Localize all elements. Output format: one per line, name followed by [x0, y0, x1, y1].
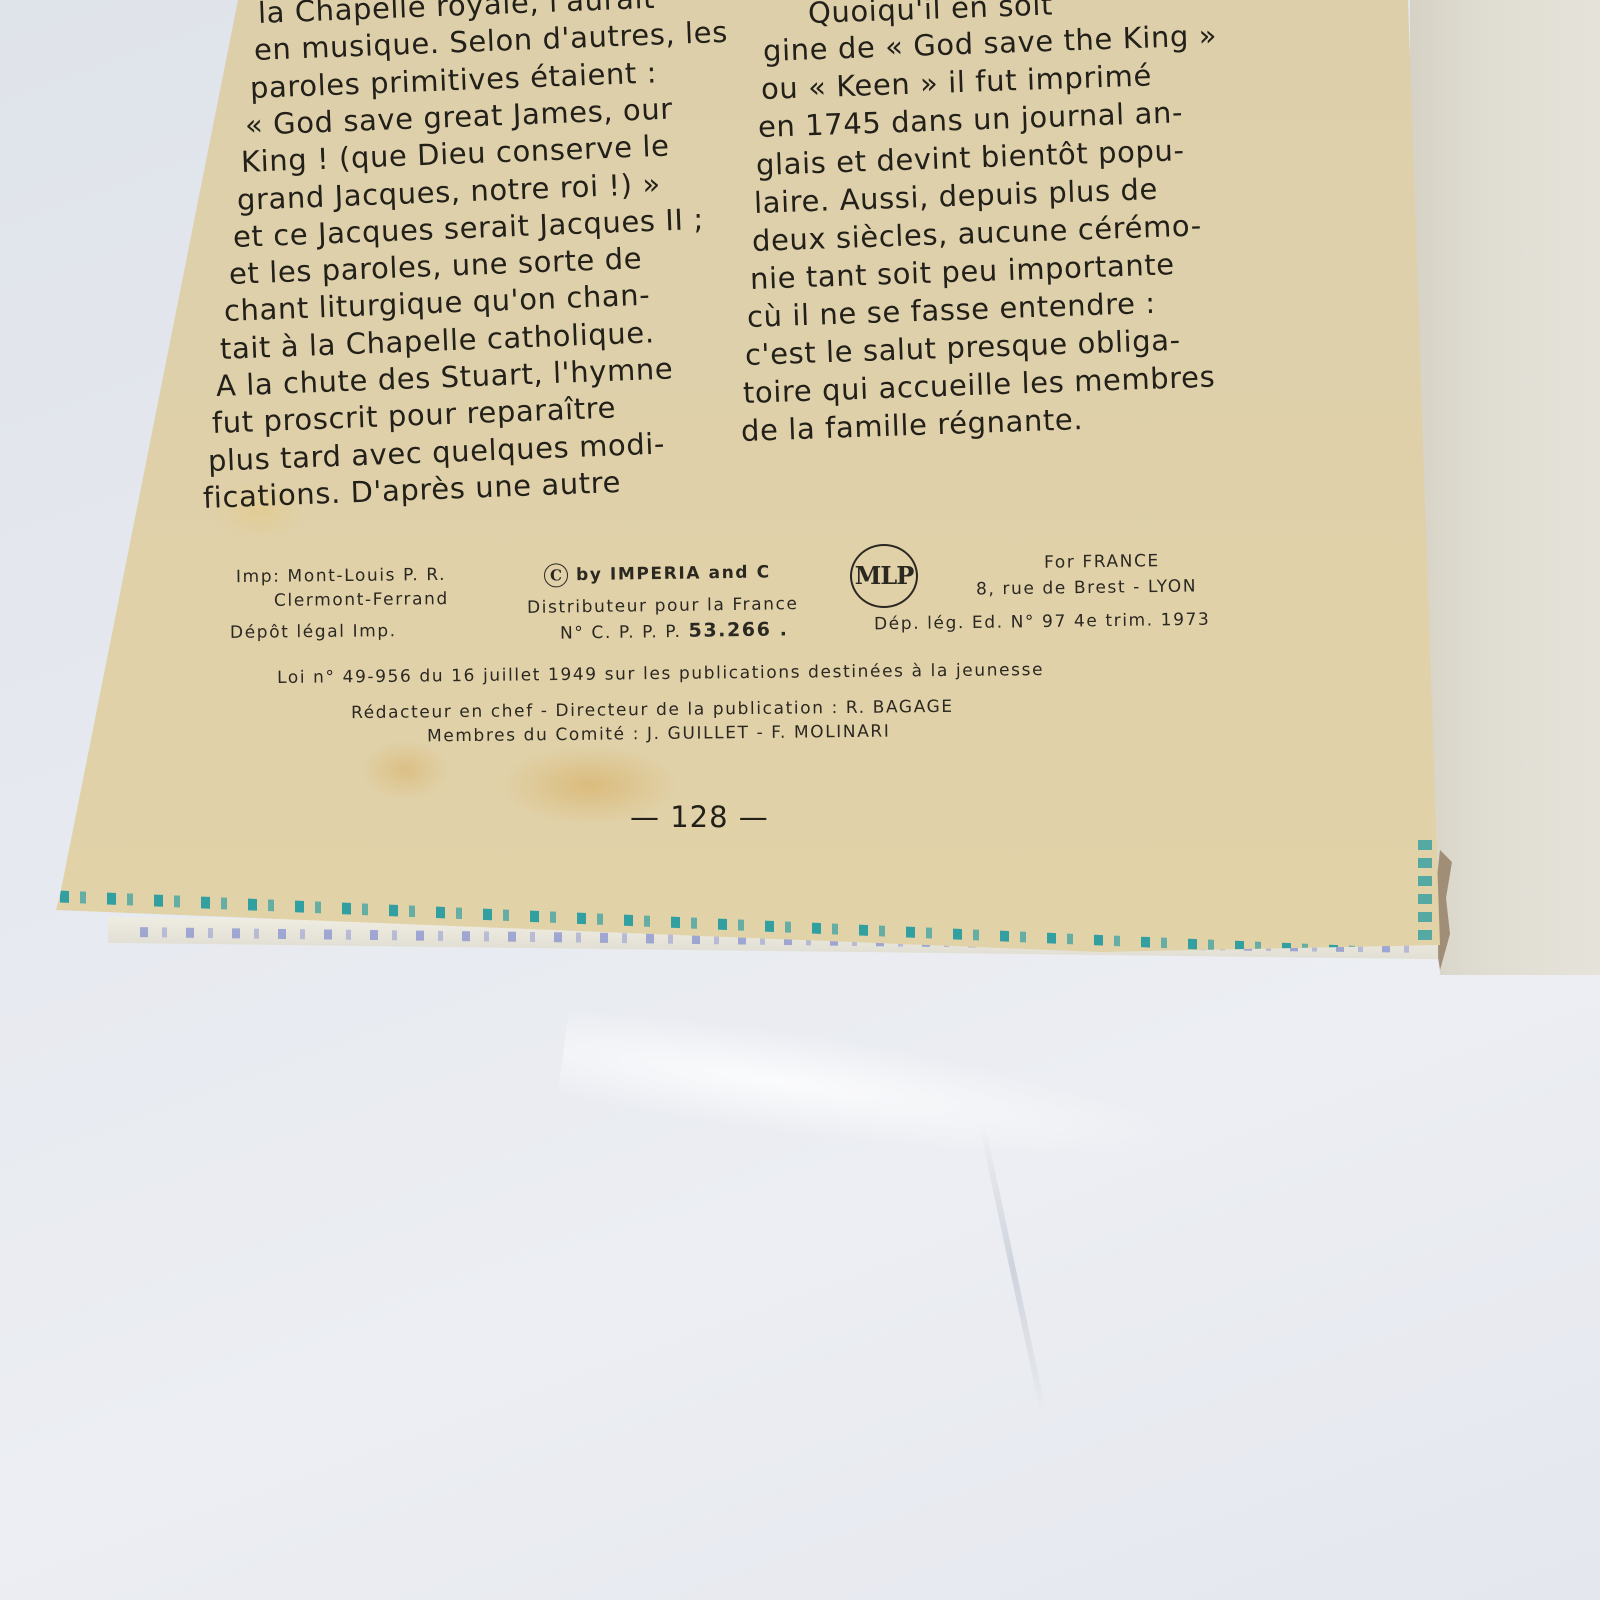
- plastic-crease: [555, 992, 1265, 1208]
- copyright-icon: C: [544, 563, 568, 587]
- printer-city: Clermont-Ferrand: [274, 589, 449, 611]
- law-reference: Loi n° 49-956 du 16 juillet 1949 sur les…: [277, 660, 1044, 688]
- copyright-line: Cby IMPERIA and C: [544, 560, 771, 587]
- copyright-text: by IMPERIA and C: [576, 562, 771, 585]
- address: 8, rue de Brest - LYON: [976, 576, 1197, 599]
- legal-deposit-ed: Dép. lég. Ed. N° 97 4e trim. 1973: [874, 610, 1211, 635]
- adjacent-page: [1410, 0, 1600, 975]
- committee-line: Membres du Comité : J. GUILLET - F. MOLI…: [427, 722, 891, 747]
- editor-line: Rédacteur en chef - Directeur de la publ…: [351, 697, 954, 723]
- stain: [360, 740, 450, 800]
- cppp-number: 53.266 .: [688, 618, 788, 641]
- text-line: de la famille régnante.: [740, 402, 1083, 448]
- distributor: Distributeur pour la France: [527, 594, 799, 618]
- teal-side-edge: [1418, 840, 1432, 940]
- page-number: — 128 —: [630, 800, 769, 834]
- printer-line: Imp: Mont-Louis P. R.: [236, 565, 446, 587]
- for-france: For FRANCE: [1044, 551, 1160, 573]
- mlp-logo: MLP: [850, 544, 918, 608]
- cppp-label: N° C. P. P. P.: [560, 622, 682, 644]
- cppp-line: N° C. P. P. P. 53.266 .: [560, 618, 789, 643]
- legal-deposit-imp: Dépôt légal Imp.: [230, 621, 397, 643]
